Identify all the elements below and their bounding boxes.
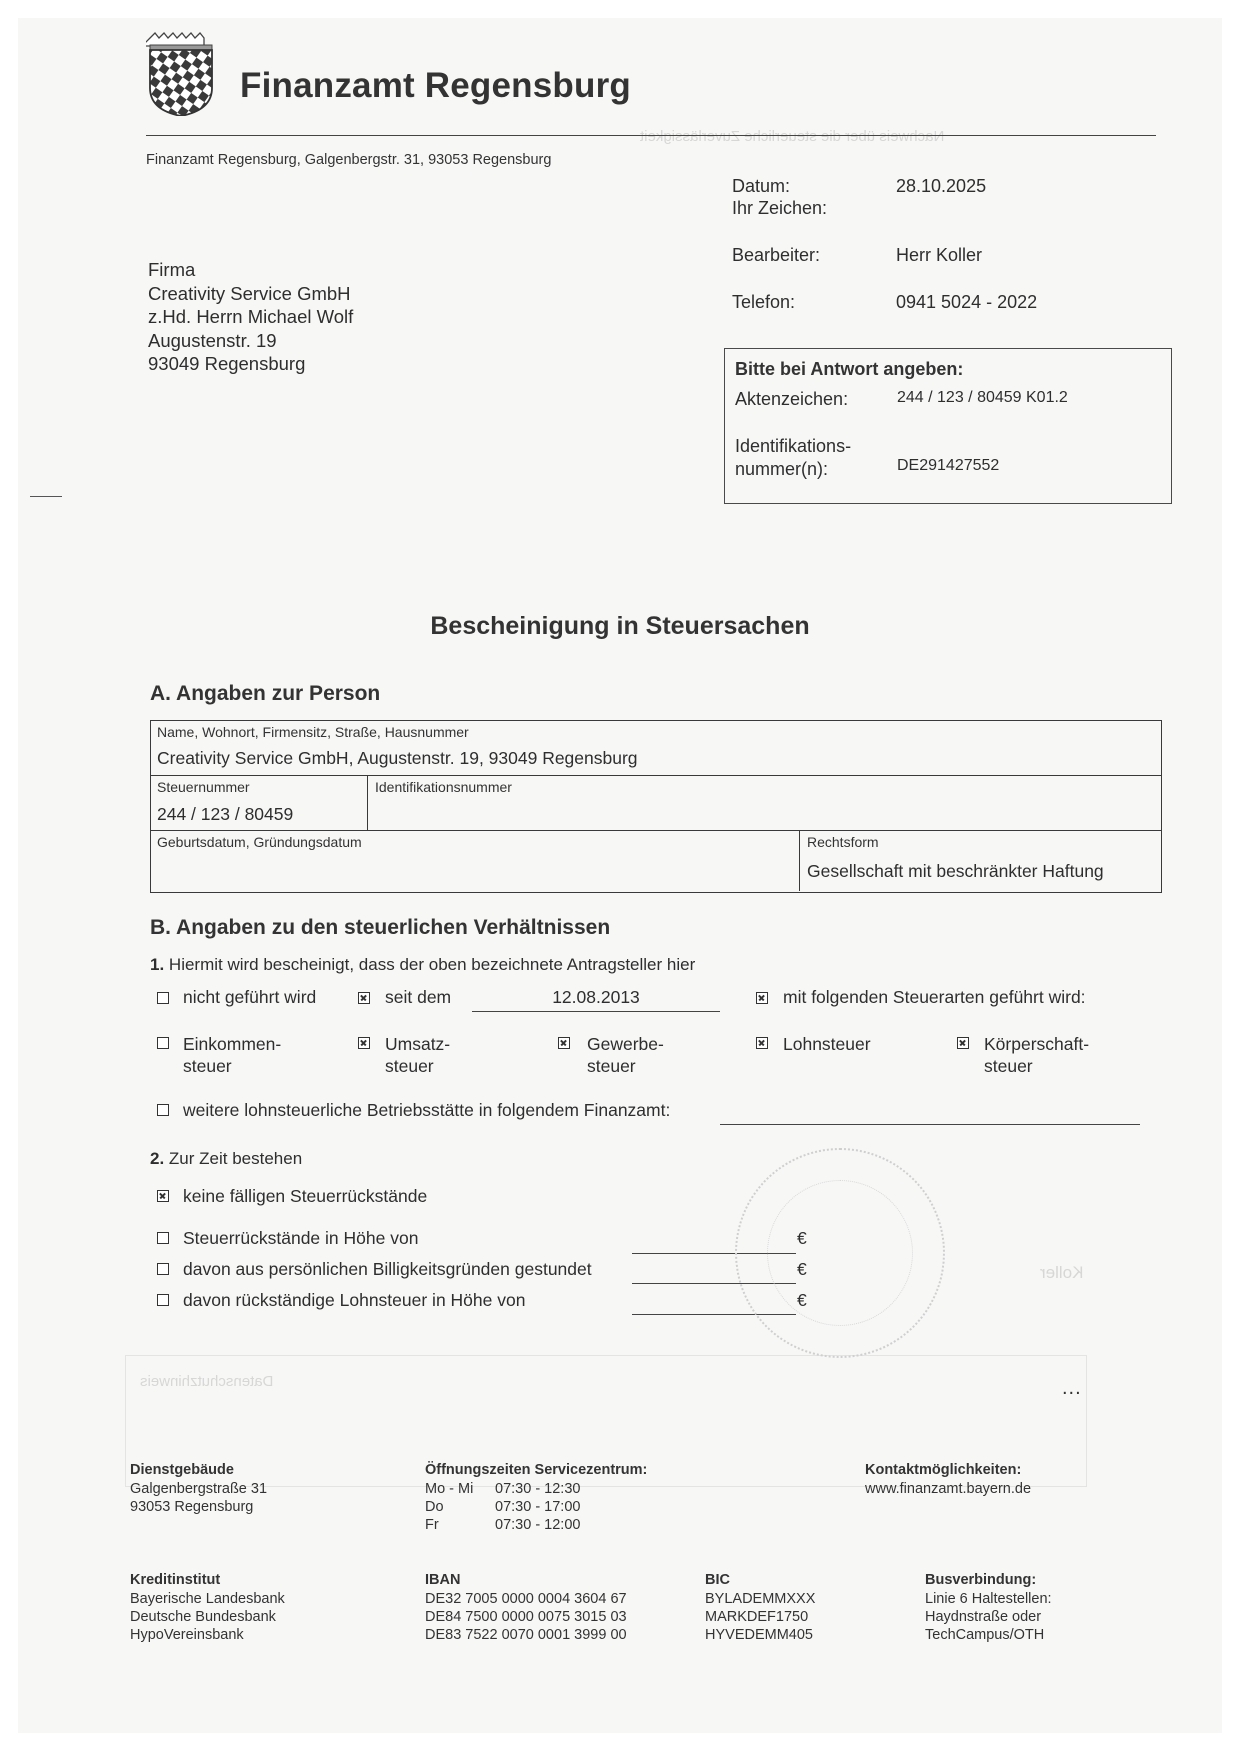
checkbox-steuerarten[interactable]: [756, 992, 768, 1004]
footer-bus-heading: Busverbindung:: [925, 1572, 1036, 1588]
reference-box-title: Bitte bei Antwort angeben:: [735, 359, 963, 380]
steuernummer-label: Steuernummer: [157, 779, 250, 795]
recipient-line: Firma: [148, 258, 353, 282]
label-lohnsteuer-rueckstaendig: davon rückständige Lohnsteuer in Höhe vo…: [183, 1289, 525, 1311]
checkbox-lohnsteuer-rueckstaendig[interactable]: [157, 1294, 169, 1306]
id-value: DE291427552: [897, 457, 999, 475]
label-koerperschaftsteuer: Körperschaft-steuer: [984, 1033, 1089, 1077]
footer-time: 07:30 - 17:00: [495, 1498, 580, 1516]
recipient-line: Augustenstr. 19: [148, 329, 353, 353]
rechtsform-label: Rechtsform: [807, 834, 879, 850]
footer-time: 07:30 - 12:30: [495, 1480, 580, 1498]
footer-bank: HypoVereinsbank: [130, 1626, 244, 1644]
checkbox-nicht-gefuehrt[interactable]: [157, 992, 169, 1004]
checkbox-steuerrueckstaende[interactable]: [157, 1232, 169, 1244]
label-seit-dem: seit dem: [385, 986, 451, 1008]
document-title: Bescheinigung in Steuersachen: [0, 612, 1240, 641]
label-umsatzsteuer: Umsatz-steuer: [385, 1033, 450, 1077]
label-nicht-gefuehrt: nicht geführt wird: [183, 986, 316, 1008]
footer-day: Fr: [425, 1516, 439, 1534]
cell-divider: [367, 776, 368, 830]
geburtsdatum-label: Geburtsdatum, Gründungsdatum: [157, 834, 362, 850]
org-name: Finanzamt Regensburg: [240, 66, 631, 106]
footer-day: Do: [425, 1498, 444, 1516]
checkbox-koerperschaftsteuer[interactable]: [957, 1037, 969, 1049]
person-row-name: Name, Wohnort, Firmensitz, Straße, Hausn…: [151, 721, 1161, 776]
footer-website-link[interactable]: www.finanzamt.bayern.de: [865, 1480, 1031, 1498]
footer-time: 07:30 - 12:00: [495, 1516, 580, 1534]
label-betriebsstaette: weitere lohnsteuerliche Betriebsstätte i…: [183, 1099, 670, 1121]
bearbeiter-label: Bearbeiter:: [732, 245, 820, 266]
footer-iban-heading: IBAN: [425, 1572, 460, 1588]
footer-bic: HYVEDEMM405: [705, 1626, 813, 1644]
steuernummer-value: 244 / 123 / 80459: [157, 804, 293, 825]
item2-description: Zur Zeit bestehen: [164, 1149, 302, 1168]
bleed-through-text: Nachweis über die steuerliche Zuverlässi…: [640, 128, 944, 145]
person-table: Name, Wohnort, Firmensitz, Straße, Hausn…: [150, 720, 1162, 893]
footer-kontakt-heading: Kontaktmöglichkeiten:: [865, 1462, 1021, 1478]
label-gestundet: davon aus persönlichen Billigkeitsgründe…: [183, 1258, 592, 1280]
footer-iban: DE32 7005 0000 0004 3604 67: [425, 1590, 627, 1608]
footer-bic: BYLADEMMXXX: [705, 1590, 815, 1608]
item1-number: 1.: [150, 955, 164, 974]
label-steuerrueckstaende: Steuerrückstände in Höhe von: [183, 1227, 418, 1249]
official-stamp: [735, 1148, 945, 1358]
telefon-value: 0941 5024 - 2022: [896, 292, 1037, 313]
footer-dienstgebaeude-line: 93053 Regensburg: [130, 1498, 253, 1516]
bavarian-crest-icon: [146, 32, 216, 116]
datum-value: 28.10.2025: [896, 176, 986, 197]
recipient-line: 93049 Regensburg: [148, 352, 353, 376]
person-row-numbers: Steuernummer 244 / 123 / 80459 Identifik…: [151, 776, 1161, 831]
checkbox-seit-dem[interactable]: [358, 992, 370, 1004]
footer-bic-heading: BIC: [705, 1572, 730, 1588]
recipient-line: z.Hd. Herrn Michael Wolf: [148, 305, 353, 329]
ihr-zeichen-label: Ihr Zeichen:: [732, 198, 827, 219]
name-value: Creativity Service GmbH, Augustenstr. 19…: [157, 748, 638, 769]
footer-kreditinstitut-heading: Kreditinstitut: [130, 1572, 220, 1588]
footer-bus-line: Linie 6 Haltestellen:: [925, 1590, 1052, 1608]
checkbox-gestundet[interactable]: [157, 1263, 169, 1275]
footer-bank: Bayerische Landesbank: [130, 1590, 285, 1608]
label-gewerbesteuer: Gewerbe-steuer: [587, 1033, 664, 1077]
aktenzeichen-value: 244 / 123 / 80459 K01.2: [897, 389, 1068, 407]
footer-bus-line: Haydnstraße oder: [925, 1608, 1041, 1626]
person-row-dates: Geburtsdatum, Gründungsdatum Rechtsform …: [151, 831, 1161, 891]
label-keine-rueckstaende: keine fälligen Steuerrückstände: [183, 1185, 427, 1207]
aktenzeichen-label: Aktenzeichen:: [735, 389, 848, 410]
checkbox-umsatzsteuer[interactable]: [358, 1037, 370, 1049]
name-label: Name, Wohnort, Firmensitz, Straße, Hausn…: [157, 724, 469, 740]
footer-dienstgebaeude-line: Galgenbergstraße 31: [130, 1480, 267, 1498]
label-einkommensteuer: Einkommen-steuer: [183, 1033, 281, 1077]
datum-label: Datum:: [732, 176, 790, 197]
betriebsstaette-underline: [720, 1124, 1140, 1125]
footer-dienstgebaeude-heading: Dienstgebäude: [130, 1462, 234, 1478]
section-b-heading: B. Angaben zu den steuerlichen Verhältni…: [150, 916, 610, 940]
stamp-inner-ring: [767, 1180, 913, 1326]
bleed-through-text: Koller: [1040, 1263, 1083, 1283]
header-divider: [146, 135, 1156, 136]
id-label-line1: Identifikations-: [735, 436, 851, 457]
recipient-line: Creativity Service GmbH: [148, 282, 353, 306]
footer-bus-line: TechCampus/OTH: [925, 1626, 1044, 1644]
continuation-mark: ...: [1062, 1377, 1082, 1400]
checkbox-gewerbesteuer[interactable]: [558, 1037, 570, 1049]
fold-mark: [30, 496, 62, 497]
checkbox-keine-rueckstaende[interactable]: [157, 1190, 169, 1202]
recipient-address: Firma Creativity Service GmbH z.Hd. Herr…: [148, 258, 353, 376]
footer-bank: Deutsche Bundesbank: [130, 1608, 276, 1626]
label-steuerarten: mit folgenden Steuerarten geführt wird:: [783, 986, 1086, 1008]
cell-divider: [799, 831, 800, 891]
seit-dem-date: 12.08.2013: [472, 986, 720, 1008]
item1-text: 1. Hiermit wird bescheinigt, dass der ob…: [150, 955, 695, 975]
footer-iban: DE84 7500 0000 0075 3015 03: [425, 1608, 627, 1626]
idnr-label: Identifikationsnummer: [375, 779, 512, 795]
rechtsform-value: Gesellschaft mit beschränkter Haftung: [807, 861, 1104, 882]
checkbox-einkommensteuer[interactable]: [157, 1037, 169, 1049]
seit-dem-underline: [472, 1011, 720, 1012]
footer-day: Mo - Mi: [425, 1480, 473, 1498]
telefon-label: Telefon:: [732, 292, 795, 313]
item2-number: 2.: [150, 1149, 164, 1168]
sender-address-line: Finanzamt Regensburg, Galgenbergstr. 31,…: [146, 152, 551, 168]
reference-box: Bitte bei Antwort angeben: Aktenzeichen:…: [724, 348, 1172, 504]
label-lohnsteuer: Lohnsteuer: [783, 1033, 871, 1055]
footer-iban: DE83 7522 0070 0001 3999 00: [425, 1626, 627, 1644]
footer-oeffnungszeiten-heading: Öffnungszeiten Servicezentrum:: [425, 1462, 647, 1478]
id-label-line2: nummer(n):: [735, 459, 828, 480]
bearbeiter-value: Herr Koller: [896, 245, 982, 266]
checkbox-lohnsteuer[interactable]: [756, 1037, 768, 1049]
checkbox-betriebsstaette[interactable]: [157, 1104, 169, 1116]
item2-text: 2. Zur Zeit bestehen: [150, 1149, 302, 1169]
footer-bic: MARKDEF1750: [705, 1608, 808, 1626]
section-a-heading: A. Angaben zur Person: [150, 682, 380, 706]
item1-description: Hiermit wird bescheinigt, dass der oben …: [164, 955, 695, 974]
